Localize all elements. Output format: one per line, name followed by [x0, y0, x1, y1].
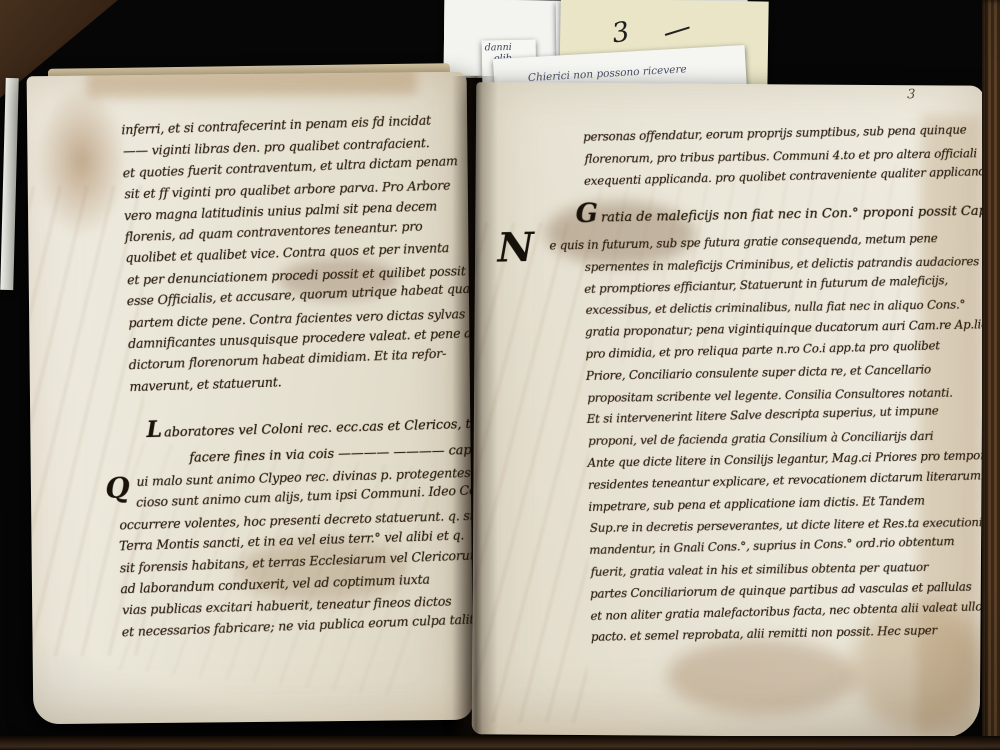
left-page-paragraph-1: inferri, et si contrafecerint in penam e…: [121, 108, 473, 398]
drop-cap-L: L: [146, 417, 162, 443]
folio-number: 3: [907, 87, 915, 102]
stain: [87, 72, 417, 98]
drop-cap-N: N: [497, 224, 534, 272]
manuscript-photo: 3 danni olib Chierici non possono riceve…: [0, 0, 1000, 750]
left-page: inferri, et si contrafecerint in penam e…: [27, 72, 474, 725]
left-page-paragraph-2: Qui malo sunt animo Clypeo rec. divinas …: [117, 459, 474, 643]
ink-mark-3: 3: [610, 16, 632, 49]
note-text: danni: [485, 42, 533, 54]
paragraph-lines: inferri, et si contrafecerint in penam e…: [121, 108, 473, 398]
right-page-heading: Gratia de maleficijs non fiat nec in Con…: [575, 192, 984, 229]
stain: [667, 639, 858, 715]
ink-showthrough: [472, 222, 590, 723]
note-text: Chierici non possono ricevere: [528, 63, 687, 84]
paragraph-lines: e quis in futurum, sub spe futura gratie…: [583, 227, 984, 649]
heading-line: Gratia de maleficijs non fiat nec in Con…: [575, 192, 984, 229]
ink-flourish: [665, 26, 690, 36]
wood-table-edge-right: [982, 0, 1000, 750]
right-page: 3 personas offendatur, eorum proprijs su…: [472, 82, 985, 738]
drop-cap-G: G: [575, 199, 598, 229]
stain: [35, 83, 129, 239]
paragraph-lines: Qui malo sunt animo Clypeo rec. divinas …: [117, 459, 474, 643]
paper-edge-sliver: [0, 78, 19, 290]
right-page-paragraph-1: personas offendatur, eorum proprijs sump…: [583, 119, 984, 193]
heading-text: aboratores vel Coloni rec. ecc.cas et Cl…: [164, 415, 473, 440]
heading-text: ratia de maleficijs non fiat nec in Con.…: [601, 204, 984, 226]
wood-table-edge-bottom: [0, 736, 1000, 750]
right-page-paragraph-2: N e quis in futurum, sub spe futura grat…: [583, 227, 984, 649]
paragraph-lines: personas offendatur, eorum proprijs sump…: [583, 119, 984, 193]
